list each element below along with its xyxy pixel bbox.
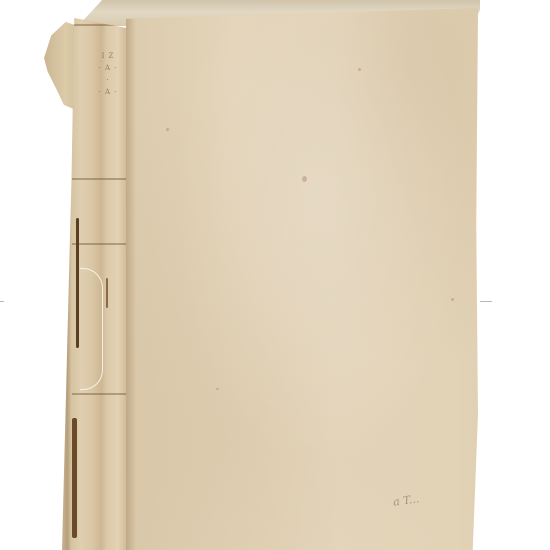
spine-band: [72, 178, 130, 180]
foxing-spot: [358, 68, 361, 71]
spine-crack: [76, 218, 79, 348]
margin-tick-left: [0, 301, 4, 302]
book-photo: I Z · A · · · A · a T...: [0, 0, 550, 550]
spine-crack: [72, 418, 77, 538]
foxing-spot: [166, 128, 169, 131]
foxing-spot: [451, 298, 454, 301]
spine-band: [72, 243, 130, 245]
foxing-spot: [302, 176, 307, 182]
spine-band: [72, 393, 130, 395]
binding-cord: [80, 268, 103, 390]
spine-letter-line: · A ·: [92, 86, 124, 98]
front-cover: [126, 8, 478, 550]
spine-lettering: I Z · A · · · A ·: [92, 50, 124, 98]
spine-letter-line: I Z: [92, 50, 124, 62]
cover-edge-shadow: [126, 8, 136, 550]
spine-letter-line: · A ·: [92, 62, 124, 74]
spine-letter-line: ·: [92, 74, 124, 86]
foxing-spot: [216, 388, 219, 390]
spine-crack: [106, 278, 108, 308]
margin-tick-right: [480, 301, 492, 302]
